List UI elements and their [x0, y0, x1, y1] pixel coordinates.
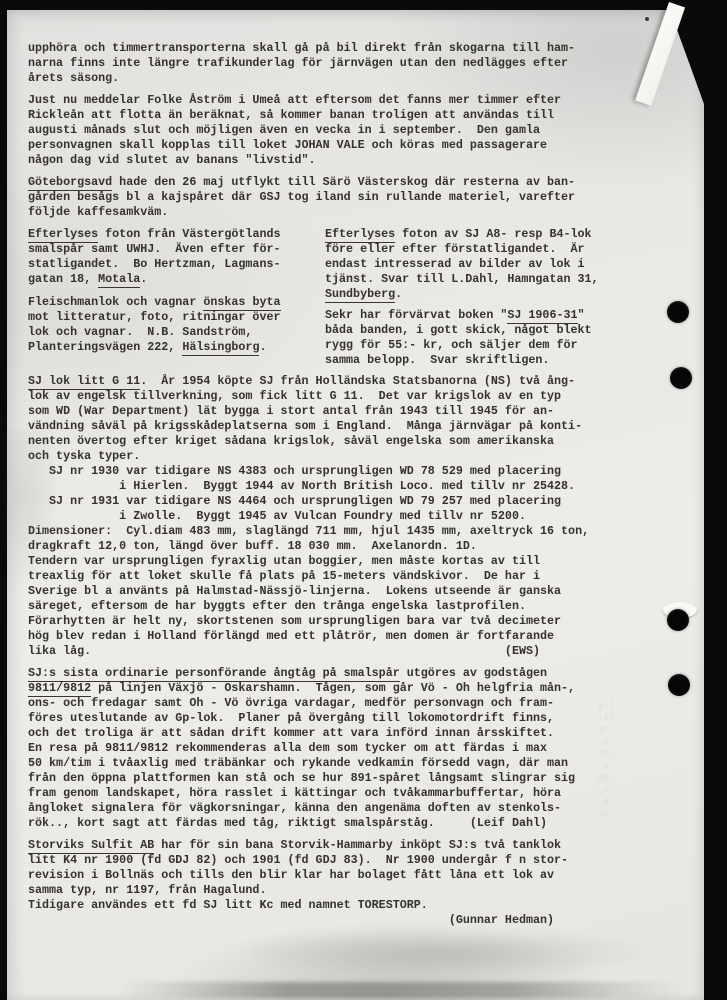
text-line: revision i Bollnäs och tills den blir kl… [28, 868, 678, 883]
underlined-text: Hälsingborg [182, 340, 259, 356]
classified-ads-right-column: Efterlyses foton av SJ A8- resp B4-lokfö… [325, 227, 678, 374]
text-segment: har för sin bana Storvik-Hammarby inköpt… [154, 838, 561, 852]
text-segment: Rickleån att flotta än beräknat, så komm… [28, 108, 554, 122]
text-segment: mot litteratur, foto, ritningar över [28, 310, 281, 324]
text-line: augusti månads slut och möjligen även en… [28, 123, 678, 138]
text-line: statligandet. Bo Hertzman, Lagmans- [28, 257, 325, 272]
text-segment: revision i Bollnäs och tills den blir kl… [28, 868, 554, 882]
text-segment: SJ nr 1930 var tidigare NS 4383 och ursp… [28, 464, 561, 478]
text-segment: säreget, eftersom de har byggts efter de… [28, 599, 526, 613]
text-line: och det troliga är att sådan drift komme… [28, 726, 678, 741]
text-line: upphöra och timmertransporterna skall gå… [28, 41, 678, 56]
text-segment: gården besågs bl a kajspåret där GSJ tog… [28, 190, 575, 204]
text-segment: endast intresserad av bilder av lok i [325, 257, 585, 271]
text-segment: smalspår samt UWHJ. Även efter för- [28, 242, 281, 256]
para-timber-transport: upphöra och timmertransporterna skall gå… [28, 41, 678, 86]
text-line: SJ:s sista ordinarie personförande ångtå… [28, 666, 678, 681]
text-line: Göteborgsavd hade den 26 maj utflykt til… [28, 175, 678, 190]
text-line: samma belopp. Svar skriftligen. [325, 353, 678, 368]
scanned-newsletter-photo: { "page": { "background_color": "#0a0a0a… [0, 0, 727, 1000]
text-segment: Just nu meddelar Folke Åström i Umeå att… [28, 93, 561, 107]
text-line: 9811/9812 på linjen Växjö - Oskarshamn. … [28, 681, 678, 696]
text-segment: utgöres av godstågen [400, 666, 547, 680]
text-line: endast intresserad av bilder av lok i [325, 257, 678, 272]
text-segment: Dimensioner: Cyl.diam 483 mm, slaglängd … [28, 524, 589, 538]
text-line: rök.., kort sagt att färdas med tåg, rik… [28, 816, 678, 831]
text-segment: Planteringsvägen 222, [28, 340, 182, 354]
text-line: i Hierlen. Byggt 1944 av North British L… [28, 479, 678, 494]
underlined-text: SJ lok litt G 11 [28, 374, 140, 390]
article-sista-smalsparstag: SJ:s sista ordinarie personförande ångtå… [28, 666, 678, 831]
text-line: lika låg. (EWS) [28, 644, 678, 659]
text-segment: " [578, 308, 585, 322]
dirt-speck [645, 17, 649, 21]
text-line: mot litteratur, foto, ritningar över [28, 310, 325, 325]
text-line: båda banden, i gott skick, något blekt [325, 323, 678, 338]
text-segment: rök.., kort sagt att färdas med tåg, rik… [28, 816, 547, 830]
text-line: vändning såväl på krigsskådeplatserna so… [28, 419, 678, 434]
text-segment: treaxlig för att loket skulle få plats p… [28, 569, 540, 583]
ad-efterlyses-vastergotland: Efterlyses foton från Västergötlandssmal… [28, 227, 325, 287]
text-segment: hög blev redan i Holland förlängd med et… [28, 629, 554, 643]
text-segment: från den öppna plattformen kan stå och s… [28, 771, 575, 785]
text-segment: i Hierlen. Byggt 1944 av North British L… [28, 479, 575, 493]
text-segment: Förarhytten är helt ny, skortstenen som … [28, 614, 561, 628]
underlined-text: 9811/9812 [28, 681, 91, 697]
ad-fleischmanlok: Fleischmanlok och vagnar önskas bytamot … [28, 295, 325, 355]
text-line: föres uteslutande av Gp-lok. Planer på ö… [28, 711, 678, 726]
text-line: Storviks Sulfit AB har för sin bana Stor… [28, 838, 678, 853]
text-line: hög blev redan i Holland förlängd med et… [28, 629, 678, 644]
text-line: Planteringsvägen 222, Hälsingborg. [28, 340, 325, 355]
text-line: smalspår samt UWHJ. Även efter för- [28, 242, 325, 257]
text-line: före eller efter förstatligandet. Är [325, 242, 678, 257]
article-sj-lok-litt-g11: SJ lok litt G 11. År 1954 köpte SJ från … [28, 374, 678, 659]
text-segment: som WD (War Department) lät bygga i stor… [28, 404, 554, 418]
text-line: Efterlyses foton av SJ A8- resp B4-lok [325, 227, 678, 242]
text-segment: på linjen Växjö - Oskarshamn. Tågen, som… [91, 681, 575, 695]
underlined-text: Motala [98, 272, 140, 288]
notice-sekr-bok: Sekr har förvärvat boken "SJ 1906-31"båd… [325, 308, 678, 368]
text-line: personvagnen skall kopplas till loket JO… [28, 138, 678, 153]
text-line: årets säsong. [28, 71, 678, 86]
text-segment: samma belopp. Svar skriftligen. [325, 353, 549, 367]
text-line: Sundbyberg. [325, 287, 678, 302]
text-segment: foton av SJ A8- resp B4-lok [395, 227, 591, 241]
text-segment: . År 1954 köpte SJ från Holländska Stats… [140, 374, 575, 388]
text-segment: . [259, 340, 266, 354]
text-line: följde kaffesamkväm. [28, 205, 678, 220]
underlined-text: SJ:s sista ordinarie personförande ångtå… [28, 666, 400, 682]
text-segment: ons- och fredagar samt Oh - Vö övriga va… [28, 696, 554, 710]
text-segment: och det troliga är att sådan drift komme… [28, 726, 554, 740]
text-line: i Zwolle. Byggt 1945 av Vulcan Foundry m… [28, 509, 678, 524]
text-line: Rickleån att flotta än beräknat, så komm… [28, 108, 678, 123]
text-line: litt K4 nr 1900 (fd GDJ 82) och 1901 (fd… [28, 853, 678, 868]
punch-hole [667, 609, 689, 631]
text-segment: gatan 18, [28, 272, 98, 286]
typewritten-text-area: upphöra och timmertransporterna skall gå… [28, 41, 678, 935]
text-segment: upphöra och timmertransporterna skall gå… [28, 41, 575, 55]
text-segment: . [395, 287, 402, 301]
text-segment: ångloket signalera för vägkorsningar, kä… [28, 801, 561, 815]
text-segment: lok av engelsk tillverkning, som fick li… [28, 389, 561, 403]
text-segment: och tyska typer. [28, 449, 140, 463]
text-line: Efterlyses foton från Västergötlands [28, 227, 325, 242]
text-segment: foton från Västergötlands [98, 227, 280, 241]
text-line: säreget, eftersom de har byggts efter de… [28, 599, 678, 614]
text-segment: båda banden, i gott skick, något blekt [325, 323, 592, 337]
text-line: lok och vagnar. N.B. Sandström, [28, 325, 325, 340]
punch-hole [670, 367, 692, 389]
text-segment: följde kaffesamkväm. [28, 205, 168, 219]
text-line: (Gunnar Hedman) [28, 913, 678, 928]
text-line: tjänst. Svar till L.Dahl, Hamngatan 31, [325, 272, 678, 287]
underlined-text: SJ 1906-31 [507, 308, 577, 324]
text-line: gården besågs bl a kajspåret där GSJ tog… [28, 190, 678, 205]
underlined-text: Sundbyberg [325, 287, 395, 303]
text-line: Sekr har förvärvat boken "SJ 1906-31" [325, 308, 678, 323]
text-line: fram genom landskapet, höra rasslet i kä… [28, 786, 678, 801]
underlined-text: Göteborgsavd [28, 175, 112, 191]
text-segment: Tendern var ursprungligen fyraxlig utan … [28, 554, 540, 568]
text-line: 50 km/tim i tvåaxlig med träbänkar och r… [28, 756, 678, 771]
text-segment: augusti månads slut och möjligen även en… [28, 123, 540, 137]
text-line: Dimensioner: Cyl.diam 483 mm, slaglängd … [28, 524, 678, 539]
article-storviks-sulfit: Storviks Sulfit AB har för sin bana Stor… [28, 838, 678, 928]
text-line: någon dag vid slutet av banans "livstid"… [28, 153, 678, 168]
text-line: från den öppna plattformen kan stå och s… [28, 771, 678, 786]
text-line: ons- och fredagar samt Oh - Vö övriga va… [28, 696, 678, 711]
text-line: narna finns inte längre trafikunderlag f… [28, 56, 678, 71]
text-segment: Sekr har förvärvat boken " [325, 308, 507, 322]
text-line: ångloket signalera för vägkorsningar, kä… [28, 801, 678, 816]
text-line: samma typ, nr 1197, från Hagalund. [28, 883, 678, 898]
text-line: dragkraft 12,0 ton, längd över buff. 18 … [28, 539, 678, 554]
text-segment: litt K4 nr 1900 (fd GDJ 82) och 1901 (fd… [28, 853, 568, 867]
para-goteborgsavd: Göteborgsavd hade den 26 maj utflykt til… [28, 175, 678, 220]
text-segment: SJ nr 1931 var tidigare NS 4464 och ursp… [28, 494, 561, 508]
classified-ads: Efterlyses foton från Västergötlandssmal… [28, 227, 678, 374]
text-line: nenten övertog efter kriget sådana krigs… [28, 434, 678, 449]
text-segment: hade den 26 maj utflykt till Särö Väster… [112, 175, 575, 189]
bleed-through-text: y.l:i7xr..u,:n-'o.su;.x:,d':n. [598, 700, 614, 820]
text-segment: före eller efter förstatligandet. Är [325, 242, 585, 256]
text-segment: någon dag vid slutet av banans "livstid"… [28, 153, 316, 167]
text-segment: fram genom landskapet, höra rasslet i kä… [28, 786, 561, 800]
text-segment: dragkraft 12,0 ton, längd över buff. 18 … [28, 539, 477, 553]
text-segment: årets säsong. [28, 71, 119, 85]
text-segment: tjänst. Svar till L.Dahl, Hamngatan 31, [325, 272, 599, 286]
text-segment: personvagnen skall kopplas till loket JO… [28, 138, 547, 152]
text-segment: En resa på 9811/9812 rekommenderas alla … [28, 741, 547, 755]
text-line: treaxlig för att loket skulle få plats p… [28, 569, 678, 584]
text-segment: Tidigare användes ett fd SJ litt Kc med … [28, 898, 428, 912]
text-segment: rygg för 55:- kr, och säljer dem för [325, 338, 578, 352]
text-segment: . [140, 272, 147, 286]
text-line: SJ nr 1931 var tidigare NS 4464 och ursp… [28, 494, 678, 509]
text-line: En resa på 9811/9812 rekommenderas alla … [28, 741, 678, 756]
text-line: Sverige bl a använts på Halmstad-Nässjö-… [28, 584, 678, 599]
text-line: gatan 18, Motala. [28, 272, 325, 287]
text-line: som WD (War Department) lät bygga i stor… [28, 404, 678, 419]
text-line: SJ lok litt G 11. År 1954 köpte SJ från … [28, 374, 678, 389]
text-segment: narna finns inte längre trafikunderlag f… [28, 56, 568, 70]
text-line: Tidigare användes ett fd SJ litt Kc med … [28, 898, 678, 913]
punch-hole [668, 674, 690, 696]
text-segment: föres uteslutande av Gp-lok. Planer på ö… [28, 711, 554, 725]
text-line: SJ nr 1930 var tidigare NS 4383 och ursp… [28, 464, 678, 479]
text-segment: vändning såväl på krigsskådeplatserna so… [28, 419, 582, 433]
text-line: Tendern var ursprungligen fyraxlig utan … [28, 554, 678, 569]
text-line: Just nu meddelar Folke Åström i Umeå att… [28, 93, 678, 108]
text-line: Förarhytten är helt ny, skortstenen som … [28, 614, 678, 629]
classified-ads-left-column: Efterlyses foton från Västergötlandssmal… [28, 227, 325, 374]
underlined-text: Efterlyses [28, 227, 98, 243]
ad-efterlyses-sj-a8: Efterlyses foton av SJ A8- resp B4-lokfö… [325, 227, 678, 302]
text-segment: lika låg. (EWS) [28, 644, 540, 658]
text-line: rygg för 55:- kr, och säljer dem för [325, 338, 678, 353]
underlined-text: Storviks Sulfit AB [28, 838, 154, 854]
text-segment: Fleischmanlok och vagnar [28, 295, 203, 309]
text-segment: statligandet. Bo Hertzman, Lagmans- [28, 257, 281, 271]
punch-hole [667, 301, 689, 323]
text-line: Fleischmanlok och vagnar önskas byta [28, 295, 325, 310]
para-folke-astrom: Just nu meddelar Folke Åström i Umeå att… [28, 93, 678, 168]
underlined-text: önskas byta [203, 295, 280, 311]
text-segment: Sverige bl a använts på Halmstad-Nässjö-… [28, 584, 561, 598]
text-segment: samma typ, nr 1197, från Hagalund. [28, 883, 266, 897]
text-line: och tyska typer. [28, 449, 678, 464]
text-segment: lok och vagnar. N.B. Sandström, [28, 325, 252, 339]
text-segment: i Zwolle. Byggt 1945 av Vulcan Foundry m… [28, 509, 526, 523]
text-segment: (Gunnar Hedman) [28, 913, 554, 927]
text-segment: 50 km/tim i tvåaxlig med träbänkar och r… [28, 756, 568, 770]
underlined-text: Efterlyses [325, 227, 395, 243]
text-line: lok av engelsk tillverkning, som fick li… [28, 389, 678, 404]
text-segment: nenten övertog efter kriget sådana krigs… [28, 434, 554, 448]
